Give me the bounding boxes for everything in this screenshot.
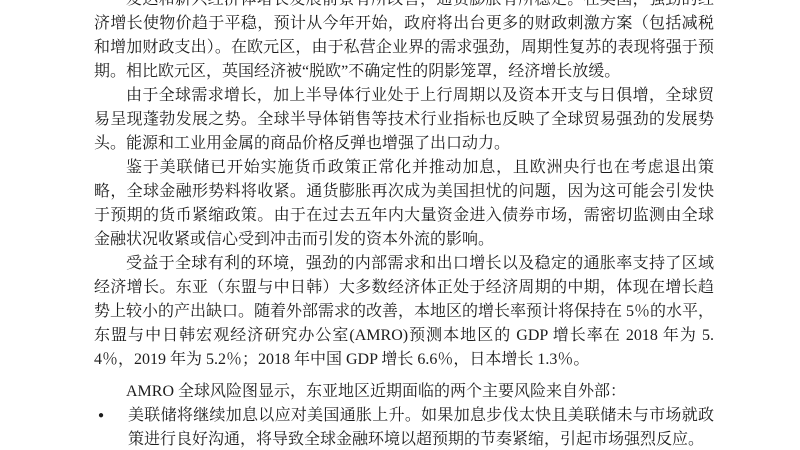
paragraph-text: 美联储将继续加息以应对美国通胀上升。如果加息步伐太快且美联储未与市场就政策进行良… — [128, 407, 714, 448]
paragraph: 由于全球需求增长，加上半导体行业处于上行周期以及资本开支与日俱增，全球贸易呈现蓬… — [94, 84, 714, 156]
paragraph: AMRO 全球风险图显示，东亚地区近期面临的两个主要风险来自外部： — [94, 380, 714, 404]
paragraph-text: 受益于全球有利的环境，强劲的内部需求和出口增长以及稳定的通胀率支持了区域经济增长… — [94, 255, 714, 368]
paragraph-text: AMRO 全球风险图显示，东亚地区近期面临的两个主要风险来自外部： — [126, 383, 626, 400]
paragraph-text: 发达和新兴经济体增长发展前景有所改善，通货膨胀有所稳定。在美国，强劲的经济增长使… — [94, 0, 714, 80]
paragraph: 鉴于美联储已开始实施货币政策正常化并推动加息，且欧洲央行也在考虑退出策略，全球金… — [94, 156, 714, 252]
bullet-item: ●美联储将继续加息以应对美国通胀上升。如果加息步伐太快且美联储未与市场就政策进行… — [94, 404, 714, 450]
text-column: 发达和新兴经济体增长发展前景有所改善，通货膨胀有所稳定。在美国，强劲的经济增长使… — [94, 0, 714, 450]
document-page: 发达和新兴经济体增长发展前景有所改善，通货膨胀有所稳定。在美国，强劲的经济增长使… — [0, 0, 800, 450]
paragraph: 发达和新兴经济体增长发展前景有所改善，通货膨胀有所稳定。在美国，强劲的经济增长使… — [94, 0, 714, 84]
bullet-icon: ● — [98, 404, 104, 428]
paragraph-text: 由于全球需求增长，加上半导体行业处于上行周期以及资本开支与日俱增，全球贸易呈现蓬… — [94, 87, 714, 152]
paragraph: 受益于全球有利的环境，强劲的内部需求和出口增长以及稳定的通胀率支持了区域经济增长… — [94, 252, 714, 372]
paragraph-text: 鉴于美联储已开始实施货币政策正常化并推动加息，且欧洲央行也在考虑退出策略，全球金… — [94, 159, 714, 248]
